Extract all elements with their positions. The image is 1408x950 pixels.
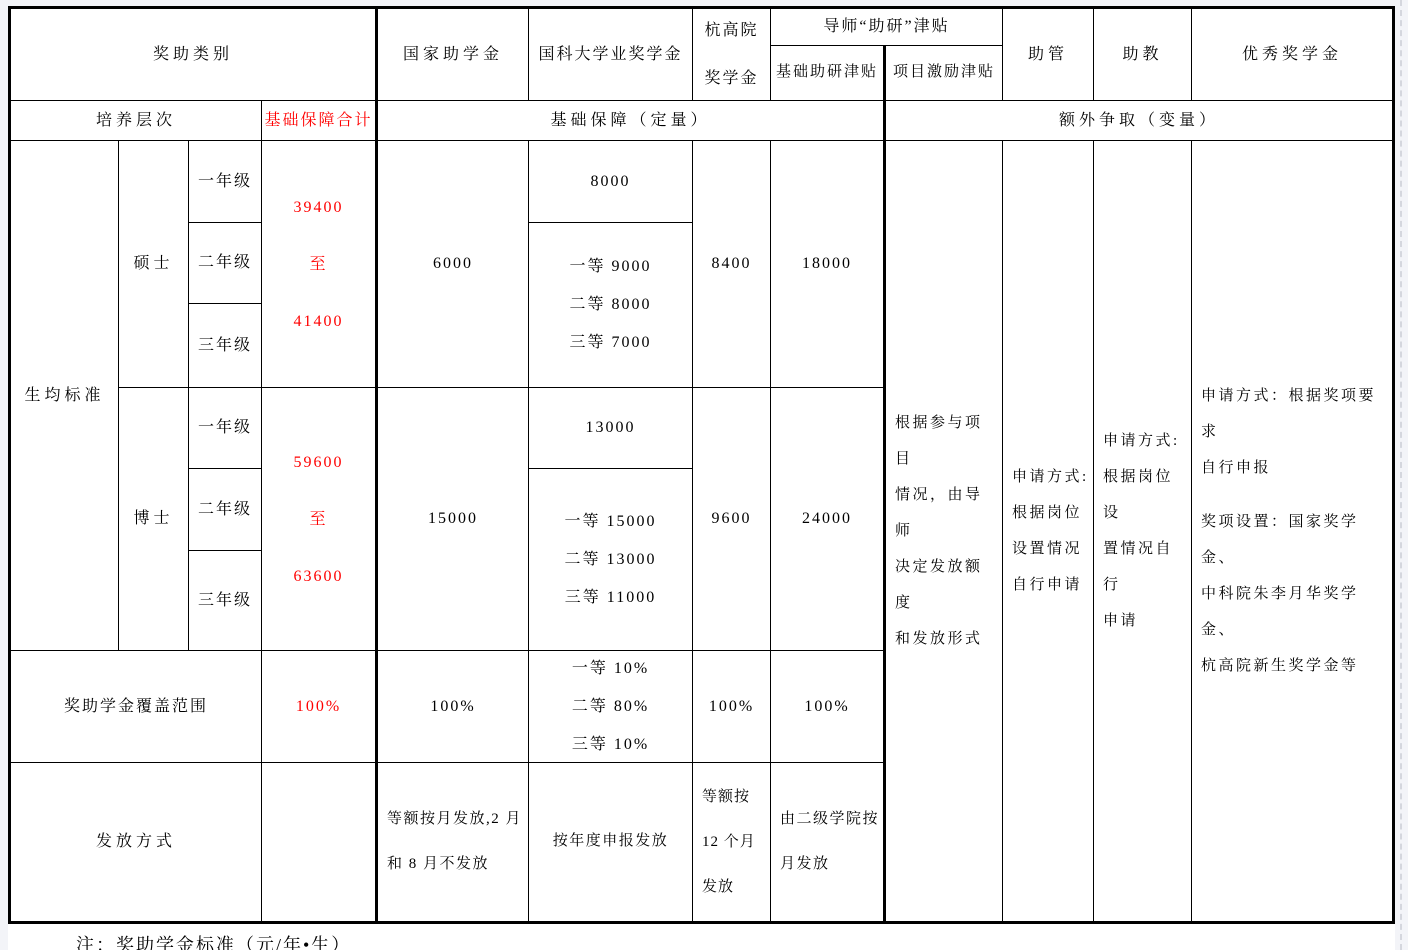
scholarship-table: 奖助类别 国家助学金 国科大学业奖学金 杭高院 奖学金 导师“助研”津贴 基础助… [8, 6, 1395, 924]
note-line: 申请 [1103, 603, 1138, 639]
label-master: 硕士 [119, 141, 189, 388]
note-line: 申请方式：根据奖项要求 [1201, 378, 1389, 450]
header-ucas-scholarship: 国科大学业奖学金 [529, 9, 693, 101]
header-mentor-project: 项目激励津贴 [886, 46, 1003, 101]
doctor-ucas-year1: 13000 [529, 388, 693, 469]
master-grade-2: 二年级 [189, 223, 262, 304]
payment-line: 等额按月发放,2 月 [387, 797, 522, 842]
label-per-student-standard: 生均标准 [11, 141, 119, 651]
header-hias-scholarship: 杭高院 奖学金 [693, 9, 771, 101]
header-excellent-scholarship: 优秀奖学金 [1192, 9, 1392, 101]
note-line: 申请方式: [1103, 423, 1180, 459]
doctor-tier-3: 三等 11000 [565, 579, 656, 617]
header-assistant-teaching: 助教 [1094, 9, 1192, 101]
coverage-total: 100% [262, 651, 378, 763]
master-tier-2: 二等 8000 [569, 286, 651, 324]
payment-line: 发放 [702, 865, 734, 910]
doctor-tier-1: 一等 15000 [564, 503, 656, 541]
master-grade-3: 三年级 [189, 304, 262, 388]
doctor-ucas-tiers: 一等 15000 二等 13000 三等 11000 [529, 469, 693, 651]
note-line: 奖项设置：国家奖学金、 [1201, 504, 1389, 576]
admin-note: 申请方式: 根据岗位 设置情况 自行申请 [1003, 141, 1094, 921]
header-national-grant: 国家助学金 [378, 9, 529, 101]
master-grade-1: 一年级 [189, 141, 262, 223]
payment-line: 等额按 [702, 775, 750, 820]
master-mentor-basic: 18000 [771, 141, 886, 388]
payment-national: 等额按月发放,2 月 和 8 月不发放 [378, 763, 529, 921]
doctor-grade-3: 三年级 [189, 551, 262, 651]
master-ucas-year1: 8000 [529, 141, 693, 223]
note-line: 杭高院新生奖学金等 [1201, 648, 1359, 684]
doctor-total-to: 至 [309, 491, 327, 548]
label-doctor: 博士 [119, 388, 189, 651]
header-category: 奖助类别 [11, 9, 378, 101]
coverage-tier-3: 三等 10% [572, 726, 649, 764]
row-payment-label: 发放方式 [11, 763, 262, 921]
master-basic-total: 39400 至 41400 [262, 141, 378, 388]
payment-line: 由二级学院按 [780, 797, 879, 842]
master-total-max: 41400 [294, 293, 344, 350]
note-line: 决定发放额度 [895, 549, 999, 621]
note-line: 中科院朱李月华奖学金、 [1201, 576, 1389, 648]
payment-basic-total-empty [262, 763, 378, 921]
header-mentor-subsidy: 导师“助研”津贴 [771, 9, 1003, 46]
master-ucas-tiers: 一等 9000 二等 8000 三等 7000 [529, 223, 693, 388]
coverage-hias: 100% [693, 651, 771, 763]
doctor-total-max: 63600 [294, 548, 344, 605]
header-basic-total: 基础保障合计 [262, 101, 378, 141]
page-edge-dashed-line [1400, 0, 1402, 950]
teaching-note: 申请方式: 根据岗位设 置情况自行 申请 [1094, 141, 1192, 921]
note-line: 自行申报 [1201, 450, 1271, 486]
note-line: 申请方式: [1012, 459, 1089, 495]
coverage-ucas-tiers: 一等 10% 二等 80% 三等 10% [529, 651, 693, 763]
excellent-note: 申请方式：根据奖项要求 自行申报 奖项设置：国家奖学金、 中科院朱李月华奖学金、… [1192, 141, 1392, 921]
doctor-tier-2: 二等 13000 [564, 541, 656, 579]
doctor-hias: 9600 [693, 388, 771, 651]
master-total-to: 至 [309, 236, 327, 293]
note-line: 置情况自行 [1103, 531, 1188, 603]
note-line: 设置情况 [1012, 531, 1082, 567]
header-assistant-admin: 助管 [1003, 9, 1094, 101]
note-line: 根据岗位 [1012, 495, 1082, 531]
note-line: 和发放形式 [895, 621, 983, 657]
note-line: 自行申请 [1012, 567, 1082, 603]
note-line: 情况，由导师 [895, 477, 999, 549]
doctor-basic-total: 59600 至 63600 [262, 388, 378, 651]
master-hias: 8400 [693, 141, 771, 388]
coverage-tier-2: 二等 80% [572, 688, 649, 726]
doctor-mentor-basic: 24000 [771, 388, 886, 651]
page-margin-right [1395, 0, 1408, 950]
header-extra-variable: 额外争取（变量） [886, 101, 1392, 141]
mentor-project-note: 根据参与项目 情况，由导师 决定发放额度 和发放形式 [886, 141, 1003, 921]
header-hias-line1: 杭高院 [704, 19, 758, 42]
master-tier-3: 三等 7000 [569, 324, 651, 362]
coverage-tier-1: 一等 10% [572, 651, 649, 688]
header-basic-fixed: 基础保障（定量） [378, 101, 886, 141]
row-coverage-label: 奖助学金覆盖范围 [11, 651, 262, 763]
payment-hias: 等额按 12 个月 发放 [693, 763, 771, 921]
note-line: 根据参与项目 [895, 405, 999, 477]
header-hias-line2: 奖学金 [704, 67, 758, 90]
footnote: 注：奖助学金标准（元/年•生） [76, 931, 351, 950]
master-total-min: 39400 [294, 179, 344, 236]
coverage-mentor-basic: 100% [771, 651, 886, 763]
doctor-national-grant: 15000 [378, 388, 529, 651]
page-margin-left [0, 0, 8, 950]
doctor-grade-2: 二年级 [189, 469, 262, 551]
payment-ucas: 按年度申报发放 [529, 763, 693, 921]
coverage-national: 100% [378, 651, 529, 763]
master-national-grant: 6000 [378, 141, 529, 388]
payment-line: 和 8 月不发放 [387, 842, 489, 887]
doctor-grade-1: 一年级 [189, 388, 262, 469]
payment-line: 12 个月 [702, 820, 756, 865]
payment-line: 月发放 [780, 842, 830, 887]
payment-mentor-basic: 由二级学院按 月发放 [771, 763, 886, 921]
note-line: 根据岗位设 [1103, 459, 1188, 531]
doctor-total-min: 59600 [294, 434, 344, 491]
row-training-level: 培养层次 [11, 101, 262, 141]
header-mentor-basic: 基础助研津贴 [771, 46, 886, 101]
master-tier-1: 一等 9000 [569, 248, 651, 286]
